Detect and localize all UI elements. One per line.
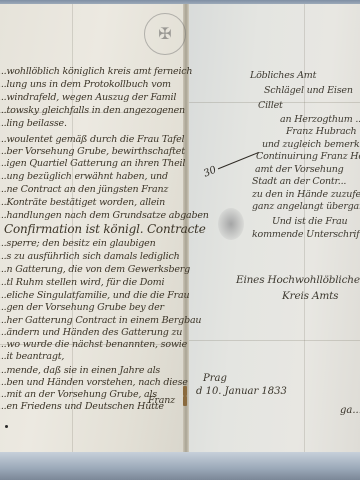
text-line: ...ben und Händen vorstehen, nach diese [0, 377, 188, 388]
date: d 10. Januar 1833 [196, 386, 287, 397]
text-line: ...sperre; den besitz ein glaubigen [0, 238, 156, 249]
text-line: an Herzogthum ... [280, 114, 360, 125]
text-line: ...woulentet gemäß durch die Frau Tafel [0, 134, 184, 145]
text-line: Schlägel und Eisen [264, 85, 353, 96]
text-line: ...it beantragt, [0, 351, 64, 362]
corner-mark: ga... [340, 405, 360, 416]
text-line: ...s zu ausführlich sich damals lediglic… [0, 251, 180, 262]
text-line: ...handlungen nach dem Grundsatze abgabe… [0, 210, 209, 221]
text-line: Franz Hubrach ... [286, 126, 360, 137]
text-line: ...ändern und Händen des Gatterung zu [0, 327, 182, 338]
text-line: ...mit an der Vorsehung Grube, als [0, 389, 157, 400]
text-line: ...en Friedens und Deutschen Hütte [0, 401, 164, 412]
text-line: Löbliches Amt [250, 70, 316, 81]
eagle-emblem-icon: ✠ [158, 24, 171, 43]
place: Prag [203, 373, 227, 384]
text-line: ...ung bezüglich erwähnt haben, und [0, 171, 168, 182]
text-line: ...towsky gleichfalls in den angezogenen [0, 105, 185, 116]
text-line: ...lung uns in dem Protokollbuch vom [0, 79, 171, 90]
text-line: ...Konträte bestätiget worden, allein [0, 197, 165, 208]
text-line: Continuirung Franz Hoy... [256, 151, 360, 162]
text-line: zu den in Hände zuzufer... [252, 189, 360, 200]
text-line: ...ber Vorsehung Grube, bewirthschaftet [0, 146, 185, 157]
closing-word: Franz [148, 395, 175, 406]
official-seal-stamp: ✠ [144, 13, 186, 55]
text-line: Und ist die Frau [272, 216, 347, 227]
binding-pin [183, 396, 187, 406]
text-line: ...eliche Singulatfamilie, und die die F… [0, 290, 189, 301]
signature-line: Kreis Amts [282, 290, 338, 302]
text-line: Cillet [258, 100, 283, 111]
text-line: ...her Gatterung Contract in einem Bergb… [0, 315, 201, 326]
text-line: ...mende, daß sie in einen Jahre als [0, 365, 160, 376]
text-line: ...gen der Vorsehung Grube bey der [0, 302, 164, 313]
text-line: und zugleich bemerkt ... [262, 139, 360, 150]
text-line: ...ling beilasse. [0, 118, 67, 129]
text-line: Stadt an der Contr... [252, 176, 346, 187]
backdrop [0, 452, 360, 480]
ink-dot [5, 425, 8, 428]
signature-line: Eines Hochwohllöblichen ... [236, 274, 360, 286]
text-line: amt der Vorsehung [255, 164, 344, 175]
text-line: kommende Unterschrift [252, 229, 360, 240]
text-line: ...wohllöblich königlich kreis amt ferne… [0, 66, 192, 77]
text-line: ...wo wurde die nächst benannten, sowie [0, 339, 187, 350]
ink-stain [218, 208, 244, 240]
text-line: ...igen Quartiel Gatterung an ihren Thei… [0, 158, 185, 169]
fold-line [186, 340, 360, 341]
text-line: ...tl Ruhm stellen wird, für die Domi [0, 277, 164, 288]
text-line: ...n Gatterung, die von dem Gewerksberg [0, 264, 190, 275]
text-line: ...ne Contract an den jüngsten Franz [0, 184, 168, 195]
text-line: ...windrafeld, wegen Auszug der Famil [0, 92, 176, 103]
text-line: Confirmation ist königl. Contracte [4, 222, 206, 236]
text-line: ganz angelangt übergange... [252, 201, 360, 212]
